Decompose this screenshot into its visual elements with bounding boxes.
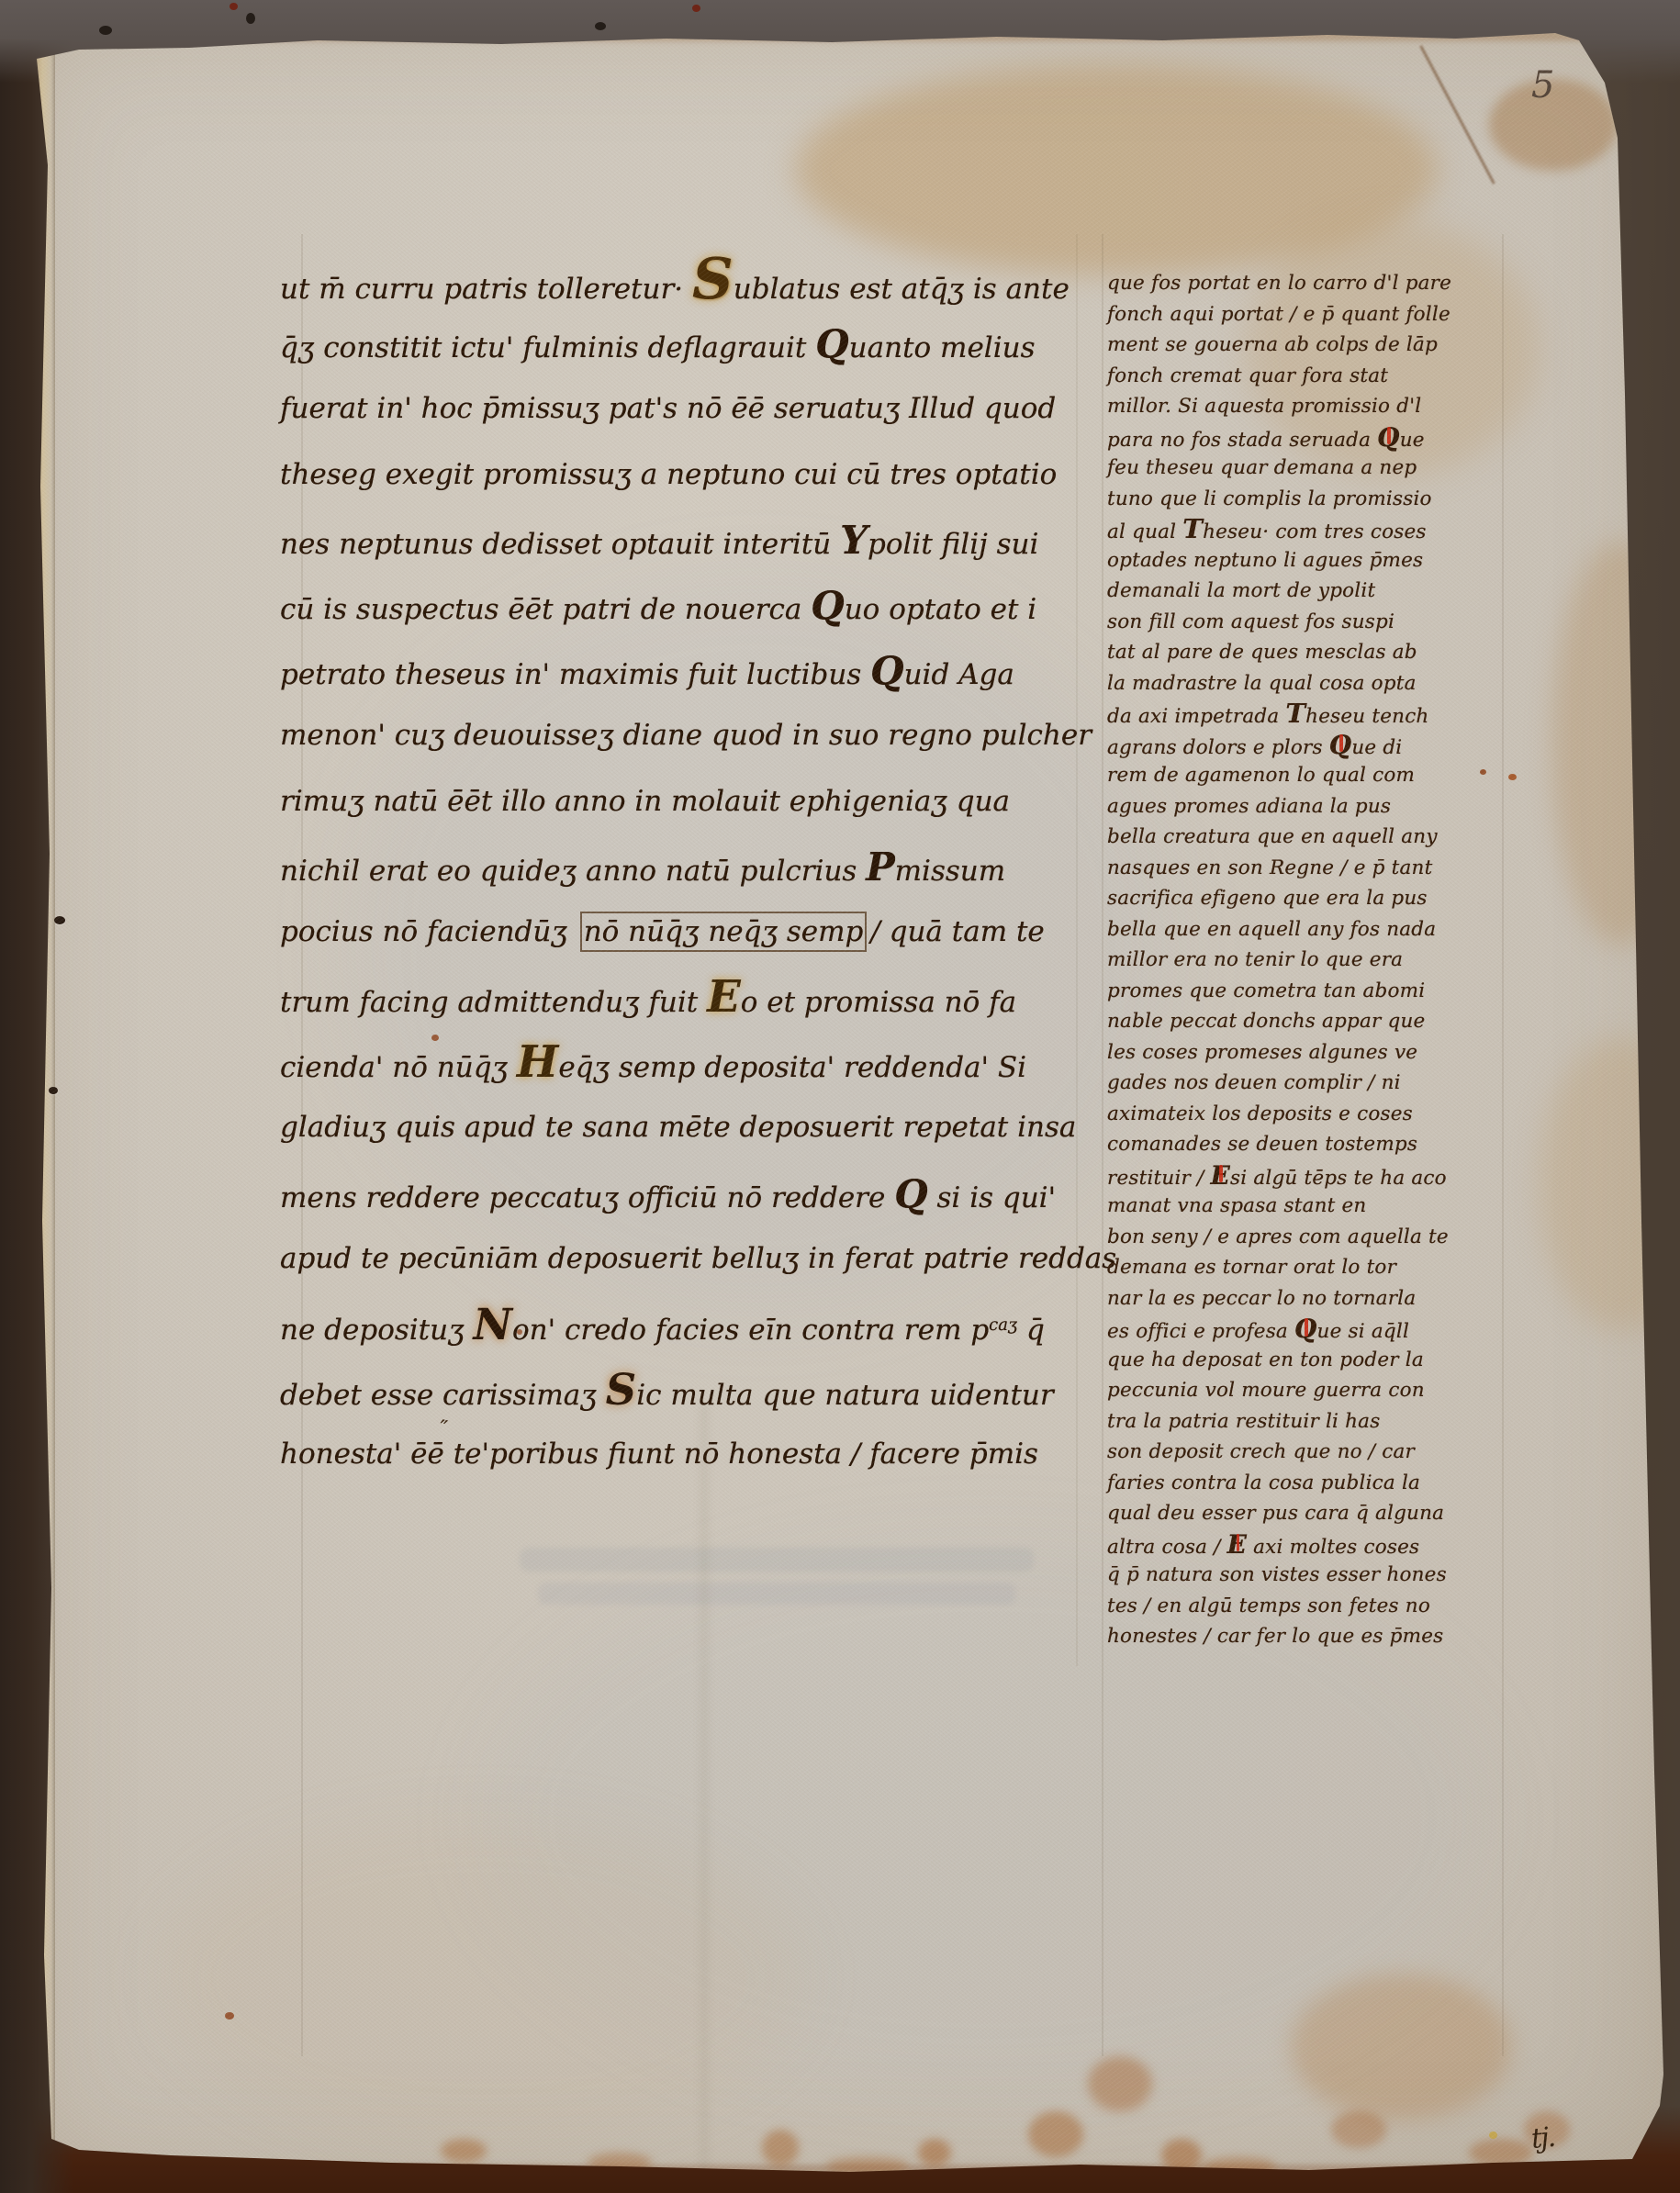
text-line: optades neptuno li agues p̄mes — [1107, 545, 1516, 576]
decorated-initial: E — [707, 971, 741, 1023]
decorated-initial: Q — [1377, 422, 1400, 453]
stain — [1551, 542, 1680, 945]
text-line: rimuʒ natū ēēt illo anno in molauit ephi… — [280, 769, 1097, 834]
show-through-smudge — [520, 1548, 1034, 1572]
decorated-initial: Q — [1329, 730, 1352, 761]
text-segment: on' credo facies eīn contra rem p — [512, 1314, 989, 1347]
text-segment: nes neptunus dedisset optauit interitū — [280, 528, 840, 561]
text-segment: heseu tench — [1305, 705, 1428, 728]
text-line: apud te pecūniām deposuerit belluʒ in fe… — [280, 1226, 1097, 1292]
board-speck — [595, 22, 606, 30]
text-line: pocius nō faciendūʒ nō nūq̄ʒ neq̄ʒ semp/… — [280, 900, 1097, 965]
text-line: cienda' nō nūq̄ʒ Heq̄ʒ semp deposita' re… — [280, 1030, 1097, 1095]
text-line: bon seny / e apres com aquella te — [1107, 1222, 1516, 1253]
decorated-initial: N — [473, 1299, 512, 1349]
text-line: theseg exegit promissuʒ a neptuno cui cū… — [280, 442, 1097, 508]
photo-background-board: 5 ut m̄ curru patris tolleretur· Sublatu… — [0, 0, 1680, 2193]
text-line: gladiuʒ quis apud te sana mēte deposueri… — [280, 1095, 1097, 1160]
text-segment: da axi impetrada — [1107, 705, 1285, 728]
board-speck — [246, 13, 255, 24]
decorated-initial: Q — [811, 583, 844, 628]
decorated-initial: Q — [870, 648, 903, 693]
text-line: rem de agamenon lo qual com — [1107, 760, 1516, 791]
text-line: sacrifica efigeno que era la pus — [1107, 883, 1516, 914]
text-segment: debet esse carissimaʒ — [280, 1379, 606, 1412]
text-segment: ue — [1400, 429, 1425, 452]
binding-hole — [54, 916, 65, 924]
text-line: ut m̄ curru patris tolleretur· Sublatus … — [280, 246, 1097, 311]
text-segment: para no fos stada seruada — [1107, 429, 1377, 452]
text-line: mens reddere peccatuʒ officiū nō reddere… — [280, 1161, 1097, 1226]
text-line: peccunia vol moure guerra con — [1107, 1375, 1516, 1406]
text-line: aximateix los deposits e coses — [1107, 1099, 1516, 1130]
decorated-initial: Q — [894, 1171, 927, 1216]
rust-spot — [1203, 2157, 1276, 2176]
text-line: bella creatura que en aquell any — [1107, 822, 1516, 853]
text-segment: pocius nō faciendūʒ — [280, 915, 577, 948]
text-line: agues promes adiana la pus — [1107, 791, 1516, 822]
rust-spot — [1088, 2056, 1152, 2111]
text-segment: heseu· com tres coses — [1203, 520, 1427, 543]
text-segment: mens reddere peccatuʒ officiū nō reddere — [280, 1181, 894, 1214]
text-line: nichil erat eo quideʒ anno natū pulcrius… — [280, 834, 1097, 900]
text-line: demana es tornar orat lo tor — [1107, 1252, 1516, 1283]
text-line: que fos portat en lo carro d'l pare — [1107, 268, 1516, 299]
text-line: q̄ p̄ natura son vistes esser hones — [1107, 1560, 1516, 1591]
rust-spot — [588, 2153, 652, 2173]
decorated-initial: T — [1285, 698, 1305, 729]
text-segment: ue di — [1351, 736, 1402, 759]
decorated-initial: E — [1211, 1160, 1231, 1192]
board-speck-red — [230, 3, 238, 10]
text-line: trum facing admittenduʒ fuit Eo et promi… — [280, 965, 1097, 1030]
text-segment: cū is suspectus ēēt patri de nouerca — [280, 593, 811, 626]
rust-spot — [1161, 2139, 1202, 2172]
text-line: honestes / car fer lo que es p̄mes — [1107, 1621, 1516, 1652]
text-line: tra la patria restituir li has — [1107, 1406, 1516, 1438]
text-line: comanades se deuen tostemps — [1107, 1129, 1516, 1160]
text-line: tuno que li complis la promissio — [1107, 484, 1516, 515]
text-line: petrato theseus in' maximis fuit luctibu… — [280, 638, 1097, 703]
wax-speck — [1489, 2131, 1497, 2139]
rust-spot — [918, 2139, 951, 2166]
stain — [1539, 1037, 1680, 1331]
text-line: fuerat in' hoc p̄missuʒ pat's nō ēē seru… — [280, 376, 1097, 442]
ruling-line — [1102, 234, 1103, 2056]
text-segment: eq̄ʒ semp deposita' reddenda' Si — [558, 1051, 1026, 1084]
text-segment: agrans dolors e plors — [1107, 736, 1329, 759]
text-line: al qual Theseu· com tres coses — [1107, 514, 1516, 545]
text-segment: o et promissa nō fa — [741, 986, 1016, 1019]
text-line: nable peccat donchs appar que — [1107, 1006, 1516, 1037]
decorated-initial: H — [517, 1036, 558, 1088]
text-segment: uo optato et i — [845, 593, 1036, 626]
decorated-initial: T — [1182, 513, 1203, 544]
text-line: nar la es peccar lo no tornarla — [1107, 1283, 1516, 1315]
rust-spot — [762, 2130, 799, 2166]
text-line: menon' cuʒ deuouisseʒ diane quod in suo … — [280, 703, 1097, 768]
text-line: para no fos stada seruada Que — [1107, 422, 1516, 453]
text-segment: ut m̄ curru patris tolleretur· — [280, 273, 692, 306]
text-segment: q̄ — [1017, 1314, 1045, 1347]
text-segment: q̄ʒ constitit ictu' fulminis deflagrauit — [280, 331, 815, 364]
decorated-initial: nō nūq̄ʒ neq̄ʒ semp — [584, 915, 864, 948]
text-segment: uid Aga — [904, 658, 1014, 691]
top-edge-tint — [24, 28, 1667, 41]
foxing-speck — [225, 2012, 234, 2020]
text-line: es offici e profesa Que si aq̄ll — [1107, 1314, 1516, 1345]
text-line: manat vna spasa stant en — [1107, 1191, 1516, 1222]
text-line: ment se gouerna ab colps de lāp — [1107, 330, 1516, 361]
decorated-initial: E — [1227, 1529, 1248, 1561]
text-line: qual deu esser pus cara q̄ alguna — [1107, 1498, 1516, 1529]
text-line: demanali la mort de ypolit — [1107, 576, 1516, 607]
text-line: tes / en algū temps son fetes no — [1107, 1591, 1516, 1622]
text-line: ne deposituʒ Non' credo facies eīn contr… — [280, 1292, 1097, 1357]
text-segment: polit filij sui — [868, 528, 1038, 561]
text-line: que ha deposat en ton poder la — [1107, 1345, 1516, 1376]
decorated-initial: caʒ — [989, 1315, 1017, 1335]
rust-spot — [441, 2139, 487, 2163]
text-line: promes que cometra tan abomi — [1107, 976, 1516, 1007]
rust-spot — [1469, 2139, 1533, 2166]
text-line: restituir / Esi algū tēps te ha aco — [1107, 1160, 1516, 1192]
manuscript-page: 5 ut m̄ curru patris tolleretur· Sublatu… — [24, 28, 1667, 2176]
text-segment: cienda' nō nūq̄ʒ — [280, 1051, 517, 1084]
quire-mark: tj. — [1530, 2121, 1556, 2155]
text-line: les coses promeses algunes ve — [1107, 1037, 1516, 1069]
decorated-initial: P — [866, 845, 894, 890]
text-segment: altra cosa / — [1107, 1536, 1227, 1559]
text-line: nes neptunus dedisset optauit interitū Y… — [280, 508, 1097, 573]
text-segment: petrato theseus in' maximis fuit luctibu… — [280, 658, 870, 691]
board-speck — [99, 26, 112, 35]
text-segment: restituir / — [1107, 1167, 1211, 1190]
text-line: fonch aqui portat / e p̄ quant folle — [1107, 299, 1516, 330]
text-line: bella que en aquell any fos nada — [1107, 914, 1516, 945]
rust-spot — [1028, 2111, 1083, 2157]
text-segment: es offici e profesa — [1107, 1320, 1294, 1343]
text-segment: / quā tam te — [870, 915, 1044, 948]
paper-crease — [700, 1404, 709, 2193]
decorated-initial: S — [692, 245, 734, 312]
text-line: gades nos deuen complir / ni — [1107, 1068, 1516, 1099]
text-line: da axi impetrada Theseu tench — [1107, 699, 1516, 730]
text-line: millor era no tenir lo que era — [1107, 945, 1516, 976]
text-segment: nichil erat eo quideʒ anno natū pulcrius — [280, 855, 866, 888]
text-segment: axi moltes coses — [1247, 1536, 1419, 1559]
show-through-smudge — [538, 1583, 1015, 1605]
text-line: fonch cremat quar fora stat — [1107, 361, 1516, 392]
text-line: cū is suspectus ēēt patri de nouerca Quo… — [280, 573, 1097, 638]
decorated-initial: Q — [815, 321, 848, 366]
text-line: tat al pare de ques mesclas ab — [1107, 637, 1516, 668]
text-segment: ue si aq̄ll — [1317, 1320, 1409, 1343]
text-line: agrans dolors e plors Que di — [1107, 730, 1516, 761]
text-line: nasques en son Regne / e p̄ tant — [1107, 853, 1516, 884]
rust-spot — [826, 2157, 909, 2174]
latin-text-column: ut m̄ curru patris tolleretur· Sublatus … — [280, 246, 1097, 1488]
text-line: faries contra la cosa publica la — [1107, 1468, 1516, 1499]
text-line: la madrastre la qual cosa opta — [1107, 668, 1516, 699]
text-line: feu theseu quar demana a nep — [1107, 453, 1516, 484]
text-segment: missum — [895, 855, 1006, 888]
text-line: honesta' ēē te'poribus fiunt nō honesta … — [280, 1422, 1097, 1487]
text-segment: trum facing admittenduʒ fuit — [280, 986, 707, 1019]
binding-hole — [49, 1087, 58, 1094]
rust-spot — [1331, 2111, 1386, 2148]
text-line: debet esse carissimaʒ Sic multa que natu… — [280, 1357, 1097, 1422]
text-segment: si algū tēps te ha aco — [1230, 1167, 1447, 1190]
folio-number: 5 — [1531, 64, 1554, 106]
text-segment: ne deposituʒ — [280, 1314, 473, 1347]
text-segment: al qual — [1107, 520, 1182, 543]
decorated-initial: S — [606, 1364, 637, 1415]
board-speck-red — [692, 5, 700, 12]
text-segment: ic multa que natura uidentur — [636, 1379, 1054, 1412]
catalan-text-column: que fos portat en lo carro d'l parefonch… — [1107, 268, 1516, 1652]
text-segment: uanto melius — [849, 331, 1036, 364]
text-segment: ublatus est atq̄ʒ is ante — [734, 273, 1070, 306]
text-line: son deposit crech que no / car — [1107, 1437, 1516, 1468]
text-line: q̄ʒ constitit ictu' fulminis deflagrauit… — [280, 311, 1097, 376]
binding-edge-fold — [24, 28, 55, 2176]
text-line: altra cosa / E axi moltes coses — [1107, 1529, 1516, 1561]
text-line: millor. Si aquesta promissio d'l — [1107, 391, 1516, 422]
decorated-initial: Y — [840, 518, 868, 563]
text-segment: si is qui' — [928, 1181, 1056, 1214]
decorated-initial: Q — [1294, 1314, 1317, 1345]
text-line: son fill com aquest fos suspi — [1107, 607, 1516, 638]
